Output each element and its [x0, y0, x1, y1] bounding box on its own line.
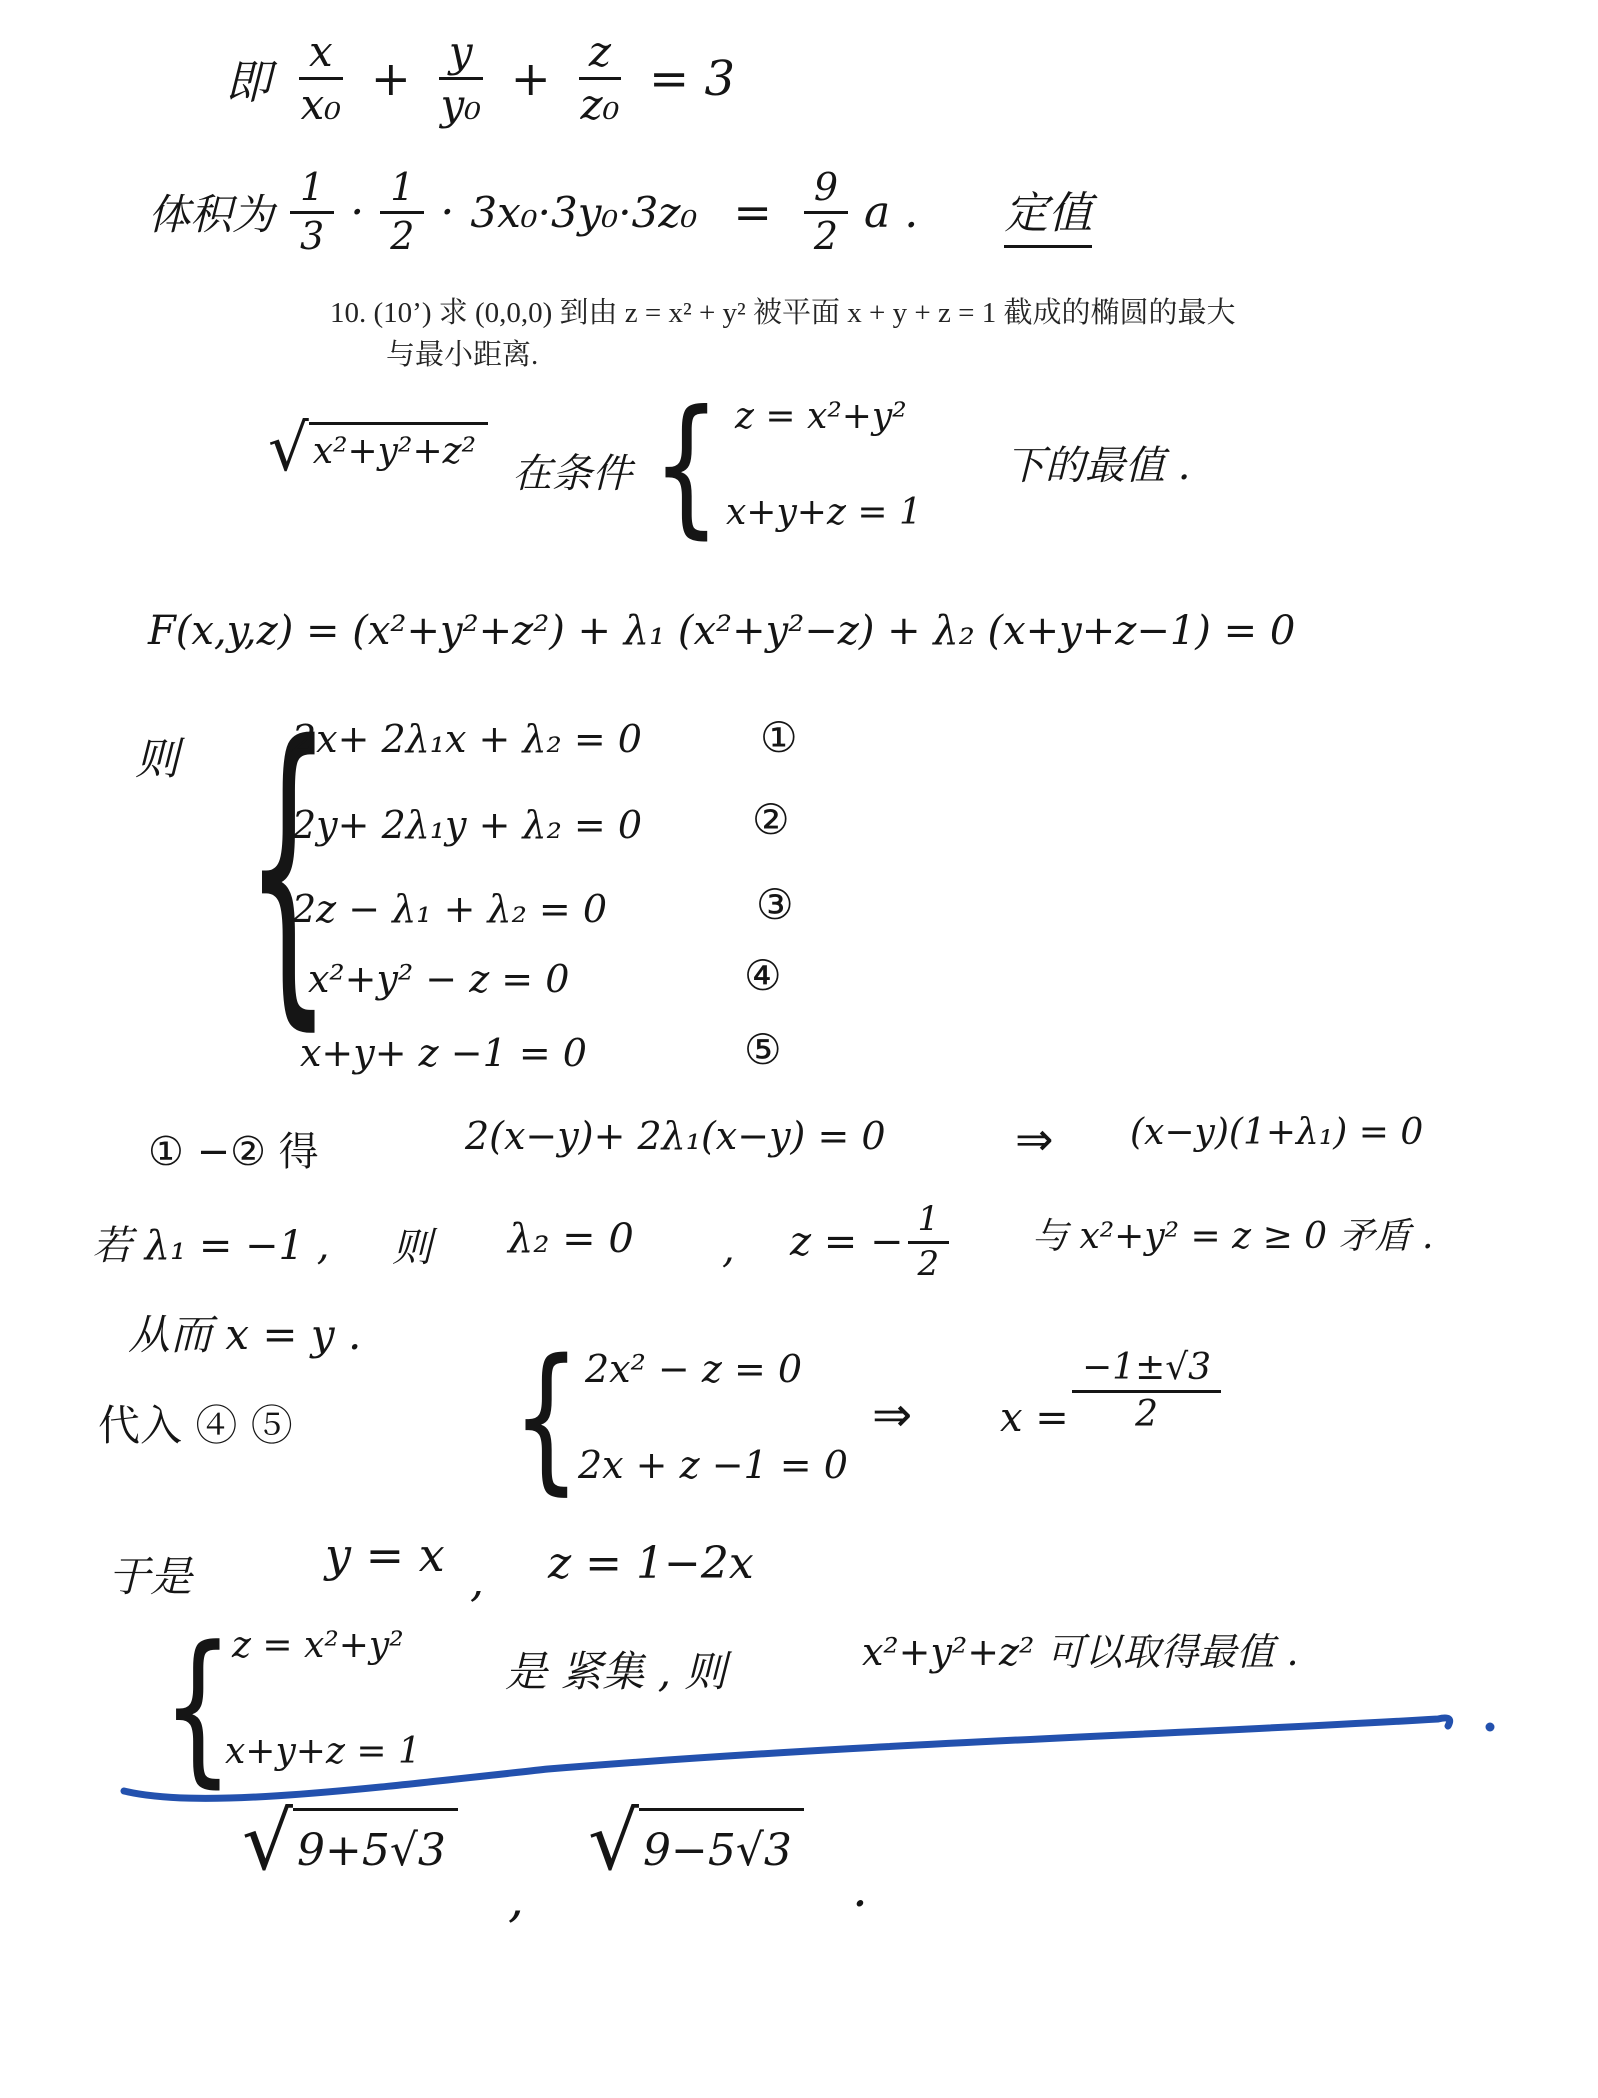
label-ji: 即 — [225, 46, 271, 112]
equals-sign: = — [733, 185, 772, 239]
radicand: 9−5√3 — [639, 1808, 804, 1876]
fraction-denominator: 2 — [1135, 1393, 1158, 1434]
left-brace: { — [652, 392, 721, 542]
dot-operator: · — [440, 187, 454, 238]
left-brace: { — [512, 1340, 581, 1498]
fraction-y-y0: y y₀ — [439, 30, 483, 127]
fraction-x-x0: x x₀ — [299, 30, 343, 127]
comma: , — [508, 1870, 524, 1928]
circled-number-2: ② — [752, 795, 790, 844]
therefore-line: 于是 y = x , z = 1−2x — [0, 1520, 1598, 1620]
fraction-numerator: 9 — [804, 168, 848, 214]
equation-system: 则 { 2x+ 2λ₁x + λ₂ = 0 2y+ 2λ₁y + λ₂ = 0 … — [0, 705, 1598, 1115]
plus-sign: + — [511, 51, 551, 107]
z-value: z = − 1 2 — [790, 1202, 949, 1282]
lagrange-function: F(x,y,z) = (x²+y²+z²) + λ₁ (x²+y²−z) + λ… — [148, 608, 1295, 654]
z-equals-1-minus-2x: z = 1−2x — [548, 1538, 754, 1589]
period: . — [852, 1860, 868, 1918]
sqrt-sign: √ — [242, 1808, 293, 1876]
if-lambda1: 若 λ₁ = −1 , — [92, 1214, 329, 1271]
fraction-denominator: y₀ — [440, 80, 481, 127]
label-constant-value: 定值 — [1004, 177, 1092, 248]
fraction-one-half-neg: 1 2 — [908, 1202, 950, 1282]
dot-operator: · — [350, 187, 364, 238]
subtraction-line: ① −② 得 2(x−y)+ 2λ₁(x−y) = 0 ⇒ (x−y)(1+λ₁… — [0, 1112, 1598, 1202]
equals-three: = 3 — [649, 51, 735, 107]
comma: , — [722, 1226, 735, 1272]
fraction-denominator: x₀ — [301, 80, 342, 127]
contradiction-line: 若 λ₁ = −1 , 则 λ₂ = 0 , z = − 1 2 与 x²+y²… — [0, 1192, 1598, 1307]
circled-number-3: ③ — [756, 880, 794, 929]
y-equals-x: y = x — [325, 1528, 445, 1582]
problem-text-line2: 与最小距离. — [330, 334, 1310, 376]
system-eq-2: 2y+ 2λ₁y + λ₂ = 0 — [292, 803, 642, 847]
blue-underline — [108, 1695, 1508, 1815]
x-equals: x = — [1000, 1395, 1069, 1441]
fraction-one-third: 1 3 — [290, 168, 334, 257]
is-compact-set: 是 紧集 , 则 — [505, 1639, 726, 1699]
fraction-numerator: 1 — [290, 168, 334, 214]
fraction-denominator: 2 — [814, 214, 838, 257]
circled-number-1: ① — [760, 713, 798, 762]
sqrt-sign: √ — [268, 422, 309, 476]
term-a: a . — [864, 187, 918, 238]
label-then2: 则 — [392, 1216, 432, 1273]
fraction-numerator: x — [299, 30, 343, 80]
fraction-one-half: 1 2 — [380, 168, 424, 257]
implies-arrow: ⇒ — [1015, 1112, 1054, 1166]
fraction-numerator: −1±√3 — [1072, 1349, 1221, 1393]
contradiction-text: 与 x²+y² = z ≥ 0 矛盾 . — [1032, 1208, 1433, 1259]
implies-arrow: ⇒ — [872, 1387, 912, 1443]
fraction-numerator: z — [579, 30, 621, 80]
fraction-denominator: 3 — [300, 214, 324, 257]
system-eq-5: x+y+ z −1 = 0 — [300, 1031, 587, 1075]
system-eq-1: 2x+ 2λ₁x + λ₂ = 0 — [292, 717, 642, 761]
factored-equation: (x−y)(1+λ₁) = 0 — [1130, 1112, 1423, 1153]
problem-text-line1: 10. (10’) 求 (0,0,0) 到由 z = x² + y² 被平面 x… — [330, 292, 1310, 334]
label-therefore: 于是 — [108, 1544, 192, 1604]
objective-line: √ x²+y²+z² 在条件 { z = x²+y² x+y+z = 1 下的最… — [0, 392, 1598, 572]
fraction-numerator: y — [439, 30, 483, 80]
radical-answer-max: √ 9+5√3 — [242, 1808, 458, 1876]
radical-answer-min: √ 9−5√3 — [588, 1808, 804, 1876]
sqrt-sign: √ — [588, 1808, 639, 1876]
circled-number-4: ④ — [744, 951, 782, 1000]
equation-line-sum: 即 x x₀ + y y₀ + z z₀ = 3 — [225, 30, 735, 127]
blue-underline-dot — [1486, 1723, 1495, 1732]
blue-underline-stroke — [124, 1718, 1450, 1798]
fraction-nine-halves: 9 2 — [804, 168, 848, 257]
comma: , — [470, 1556, 484, 1607]
circled-number-5: ⑤ — [744, 1025, 782, 1074]
plus-sign: + — [371, 51, 411, 107]
subtraction-equation: 2(x−y)+ 2λ₁(x−y) = 0 — [465, 1114, 886, 1158]
substitution-block: 代入 ④ ⑤ { 2x² − z = 0 2x + z −1 = 0 ⇒ x =… — [0, 1335, 1598, 1530]
constraint-1: z = x²+y² — [735, 396, 907, 437]
fraction-x-solution: −1±√3 2 — [1072, 1349, 1221, 1434]
sub-eq-1: 2x² − z = 0 — [585, 1347, 802, 1391]
radical-objective: √ x²+y²+z² — [268, 422, 488, 476]
printed-problem: 10. (10’) 求 (0,0,0) 到由 z = x² + y² 被平面 x… — [330, 292, 1310, 376]
fraction-z-z0: z z₀ — [579, 30, 621, 127]
product-terms: 3x₀·3y₀·3z₀ — [470, 188, 697, 237]
radicand: x²+y²+z² — [309, 422, 488, 472]
radicand: 9+5√3 — [293, 1808, 458, 1876]
system-eq-4: x²+y² − z = 0 — [308, 957, 569, 1001]
substitute-into-4-5: 代入 ④ ⑤ — [98, 1393, 293, 1453]
label-then: 则 — [135, 723, 179, 787]
label-under-conditions: 在条件 — [512, 442, 632, 499]
z-equals-minus: z = − — [790, 1219, 904, 1265]
fraction-denominator: z₀ — [580, 80, 619, 127]
volume-line: 体积为 1 3 · 1 2 · 3x₀·3y₀·3z₀ = 9 2 a . 定值 — [148, 168, 1092, 257]
lambda2-zero: λ₂ = 0 — [508, 1216, 634, 1262]
label-extremum: 下的最值 . — [1005, 434, 1190, 491]
notebook-page: 即 x x₀ + y y₀ + z z₀ = 3 体积为 1 3 · 1 2 ·… — [0, 0, 1598, 2098]
fraction-numerator: 1 — [908, 1202, 950, 1244]
constraint-2: x+y+z = 1 — [726, 492, 922, 533]
fraction-denominator: 2 — [390, 214, 414, 257]
fraction-denominator: 2 — [918, 1244, 940, 1283]
system-eq-3: 2z − λ₁ + λ₂ = 0 — [292, 887, 607, 931]
head-circle-subtract: ① −② 得 — [148, 1120, 319, 1177]
sub-eq-2: 2x + z −1 = 0 — [578, 1443, 848, 1487]
label-volume: 体积为 — [148, 182, 274, 242]
attains-extremum: x²+y²+z² 可以取得最值 . — [862, 1621, 1299, 1676]
final-answers: √ 9+5√3 , √ 9−5√3 . — [0, 1808, 1598, 1948]
fraction-numerator: 1 — [380, 168, 424, 214]
constraint-1: z = x²+y² — [232, 1625, 404, 1666]
